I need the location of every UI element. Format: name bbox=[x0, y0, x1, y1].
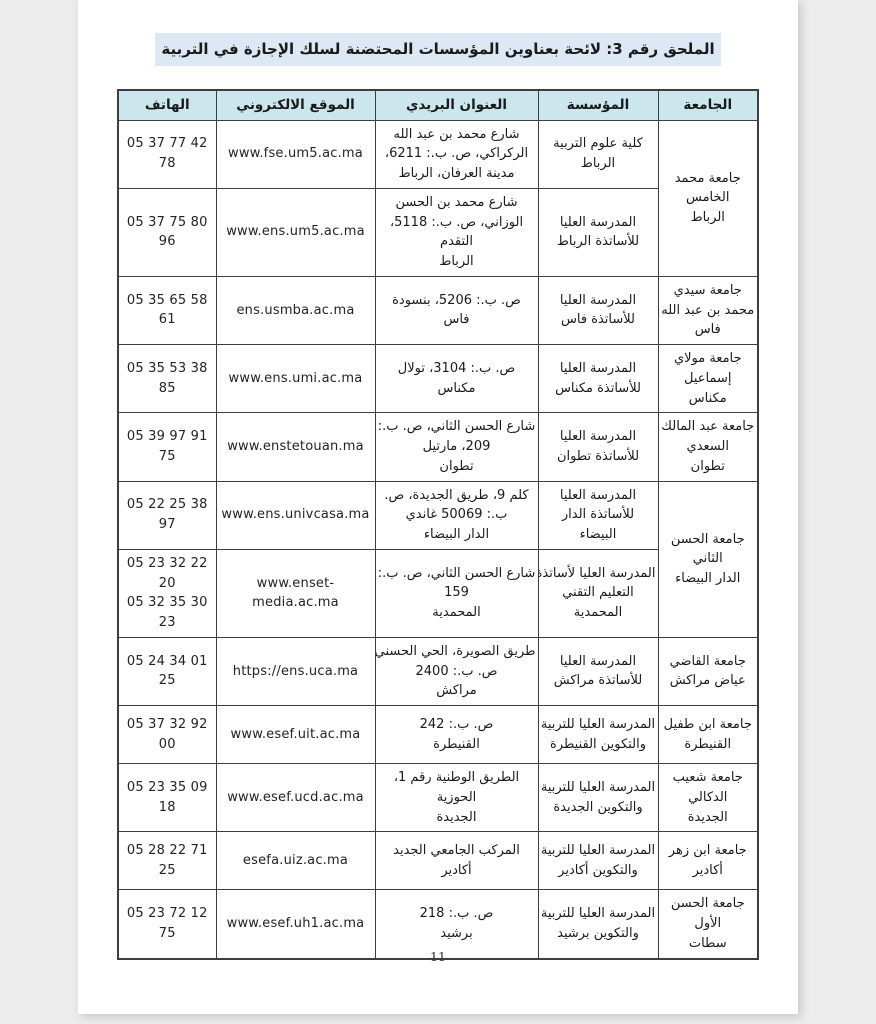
institutions-table-body: جامعة محمدالخامسالرباطكلية علوم التربيةا… bbox=[118, 120, 758, 959]
university-cell-line: جامعة الحسن bbox=[661, 530, 756, 550]
university-cell-line: القنيطرة bbox=[661, 735, 756, 755]
address-cell-line: الجديدة bbox=[378, 808, 536, 828]
column-header-institution: المؤسسة bbox=[538, 90, 658, 120]
address-cell-line: المحمدية bbox=[378, 603, 536, 623]
university-cell-line: الرباط bbox=[661, 208, 756, 228]
institution-cell-line: المدرسة العليا للتربية bbox=[541, 715, 656, 735]
institution-cell-line: المدرسة العليا للتربية bbox=[541, 841, 656, 861]
university-cell-line: فاس bbox=[661, 320, 756, 340]
address-cell-line: مكناس bbox=[378, 379, 536, 399]
institution-cell: المدرسة العلياللأساتذة الدارالبيضاء bbox=[538, 481, 658, 549]
university-cell-line: إسماعيل bbox=[661, 369, 756, 389]
table-row: جامعة عبد المالكالسعديتطوانالمدرسة العلي… bbox=[118, 413, 758, 481]
institution-cell-line: للأساتذة تطوان bbox=[541, 447, 656, 467]
institution-cell: المدرسة العليا لأساتذةالتعليم التقنيالمح… bbox=[538, 549, 658, 637]
address-cell-line: القنيطرة bbox=[378, 735, 536, 755]
column-header-website: الموقع الالكتروني bbox=[216, 90, 375, 120]
address-cell: المركب الجامعي الجديدأكادير bbox=[375, 832, 538, 890]
phone-cell: 05 37 77 42 78 bbox=[118, 120, 216, 188]
phone-cell: 05 37 75 80 96 bbox=[118, 188, 216, 276]
website-cell: www.fse.um5.ac.ma bbox=[216, 120, 375, 188]
institution-cell-line: المدرسة العليا bbox=[541, 486, 656, 506]
institution-cell-line: للأساتذة مكناس bbox=[541, 379, 656, 399]
website-cell: www.esef.uit.ac.ma bbox=[216, 706, 375, 764]
institution-cell-line: للأساتذة مراكش bbox=[541, 671, 656, 691]
institution-cell-line: البيضاء bbox=[541, 525, 656, 545]
website-cell-line: https://ens.uca.ma bbox=[219, 662, 373, 682]
address-cell-line: ص. ب.: 218 bbox=[378, 904, 536, 924]
phone-cell-line: 05 23 72 12 75 bbox=[121, 904, 214, 944]
address-cell-line: شارع محمد بن الحسن bbox=[378, 193, 536, 213]
institution-cell-line: والتكوين أكادير bbox=[541, 861, 656, 881]
phone-cell: 05 22 25 38 97 bbox=[118, 481, 216, 549]
university-cell-line: السعدي bbox=[661, 437, 756, 457]
address-cell: شارع الحسن الثاني، ص. ب.:159المحمدية bbox=[375, 549, 538, 637]
phone-cell-line: 05 28 22 71 25 bbox=[121, 841, 214, 881]
address-cell: ص. ب.: 5206، بنسودةفاس bbox=[375, 276, 538, 344]
university-cell: جامعة مولايإسماعيلمكناس bbox=[658, 345, 758, 413]
phone-cell: 05 35 65 58 61 bbox=[118, 276, 216, 344]
institution-cell-line: المحمدية bbox=[541, 603, 656, 623]
website-cell-line: www.ens.umi.ac.ma bbox=[219, 369, 373, 389]
university-cell-line: أكادير bbox=[661, 861, 756, 881]
institution-cell-line: والتكوين برشيد bbox=[541, 924, 656, 944]
address-cell: ص. ب.: 242القنيطرة bbox=[375, 706, 538, 764]
phone-cell: 05 23 32 22 2005 32 35 30 23 bbox=[118, 549, 216, 637]
address-cell-line: المركب الجامعي الجديد bbox=[378, 841, 536, 861]
website-cell-line: ens.usmba.ac.ma bbox=[219, 301, 373, 321]
table-header-row: الجامعة المؤسسة العنوان البريدي الموقع ا… bbox=[118, 90, 758, 120]
website-cell-line: www.esef.uit.ac.ma bbox=[219, 725, 373, 745]
institution-cell: المدرسة العلياللأساتذة مراكش bbox=[538, 637, 658, 705]
website-cell-line: www.ens.univcasa.ma bbox=[219, 505, 373, 525]
institution-cell: المدرسة العليا للتربيةوالتكوين القنيطرة bbox=[538, 706, 658, 764]
institution-cell-line: المدرسة العليا bbox=[541, 427, 656, 447]
institution-cell-line: المدرسة العليا bbox=[541, 213, 656, 233]
address-cell-line: شارع الحسن الثاني، ص. ب.: bbox=[378, 564, 536, 584]
institution-cell-line: الرباط bbox=[541, 154, 656, 174]
address-cell-line: الحوزية bbox=[378, 788, 536, 808]
table-row: جامعة مولايإسماعيلمكناسالمدرسة العلياللأ… bbox=[118, 345, 758, 413]
address-cell-line: ص. ب.: 2400 bbox=[378, 662, 536, 682]
institution-cell: المدرسة العليا للتربيةوالتكوين أكادير bbox=[538, 832, 658, 890]
phone-cell-line: 05 35 65 58 61 bbox=[121, 291, 214, 331]
institution-cell: المدرسة العلياللأساتذة مكناس bbox=[538, 345, 658, 413]
university-cell-line: عياض مراكش bbox=[661, 671, 756, 691]
phone-cell: 05 28 22 71 25 bbox=[118, 832, 216, 890]
table-row: جامعة القاضيعياض مراكشالمدرسة العلياللأس… bbox=[118, 637, 758, 705]
institution-cell-line: التعليم التقني bbox=[541, 583, 656, 603]
institutions-table: الجامعة المؤسسة العنوان البريدي الموقع ا… bbox=[117, 89, 759, 960]
address-cell-line: ص. ب.: 5206، بنسودة bbox=[378, 291, 536, 311]
address-cell-line: 159 bbox=[378, 583, 536, 603]
table-row: جامعة شعيبالدكاليالجديدةالمدرسة العليا ل… bbox=[118, 764, 758, 832]
website-cell: www.esef.ucd.ac.ma bbox=[216, 764, 375, 832]
website-cell-line: www.esef.uh1.ac.ma bbox=[219, 914, 373, 934]
institution-cell-line: للأساتذة الدار bbox=[541, 505, 656, 525]
university-cell-line: تطوان bbox=[661, 457, 756, 477]
university-cell-line: جامعة شعيب bbox=[661, 768, 756, 788]
institution-cell-line: المدرسة العليا للتربية bbox=[541, 778, 656, 798]
address-cell: ص. ب.: 3104، تولالمكناس bbox=[375, 345, 538, 413]
institution-cell-line: والتكوين القنيطرة bbox=[541, 735, 656, 755]
university-cell: جامعة شعيبالدكاليالجديدة bbox=[658, 764, 758, 832]
phone-cell-line: 05 39 97 91 75 bbox=[121, 427, 214, 467]
address-cell: الطريق الوطنية رقم 1،الحوزيةالجديدة bbox=[375, 764, 538, 832]
university-cell-line: جامعة ابن طفيل bbox=[661, 715, 756, 735]
institution-cell-line: كلية علوم التربية bbox=[541, 134, 656, 154]
phone-cell: 05 39 97 91 75 bbox=[118, 413, 216, 481]
table-row: جامعة الحسنالثانيالدار البيضاءالمدرسة ال… bbox=[118, 481, 758, 549]
institution-cell-line: المدرسة العليا للتربية bbox=[541, 904, 656, 924]
university-cell-line: جامعة الحسن bbox=[661, 894, 756, 914]
university-cell-line: مكناس bbox=[661, 389, 756, 409]
institution-cell-line: المدرسة العليا bbox=[541, 652, 656, 672]
university-cell-line: جامعة القاضي bbox=[661, 652, 756, 672]
phone-cell-line: 05 37 75 80 96 bbox=[121, 213, 214, 253]
phone-cell: 05 35 53 38 85 bbox=[118, 345, 216, 413]
institution-cell: المدرسة العلياللأساتذة الرباط bbox=[538, 188, 658, 276]
address-cell-line: ص. ب.: 3104، تولال bbox=[378, 359, 536, 379]
address-cell-line: 209، مارتيل bbox=[378, 437, 536, 457]
website-cell: www.enstetouan.ma bbox=[216, 413, 375, 481]
address-cell-line: ب.: 50069 غاندي bbox=[378, 505, 536, 525]
phone-cell-line: 05 23 32 22 20 bbox=[121, 554, 214, 594]
website-cell-line: media.ac.ma bbox=[219, 593, 373, 613]
phone-cell-line: 05 32 35 30 23 bbox=[121, 593, 214, 633]
university-cell-line: جامعة مولاي bbox=[661, 349, 756, 369]
institution-cell-line: للأساتذة فاس bbox=[541, 310, 656, 330]
university-cell-line: الأول bbox=[661, 914, 756, 934]
address-cell-line: مراكش bbox=[378, 681, 536, 701]
address-cell-line: مدينة العرفان، الرباط bbox=[378, 164, 536, 184]
address-cell: طريق الصويرة، الحي الحسني،ص. ب.: 2400مرا… bbox=[375, 637, 538, 705]
institution-cell-line: والتكوين الجديدة bbox=[541, 798, 656, 818]
institution-cell-line: المدرسة العليا bbox=[541, 359, 656, 379]
address-cell: شارع محمد بن عبد اللهالركراكي، ص. ب.: 62… bbox=[375, 120, 538, 188]
address-cell-line: الرباط bbox=[378, 252, 536, 272]
institution-cell: المدرسة العلياللأساتذة فاس bbox=[538, 276, 658, 344]
website-cell-line: www.enstetouan.ma bbox=[219, 437, 373, 457]
phone-cell-line: 05 23 35 09 18 bbox=[121, 778, 214, 818]
university-cell: جامعة القاضيعياض مراكش bbox=[658, 637, 758, 705]
column-header-postal-address: العنوان البريدي bbox=[375, 90, 538, 120]
address-cell-line: برشيد bbox=[378, 924, 536, 944]
university-cell: جامعة ابن طفيلالقنيطرة bbox=[658, 706, 758, 764]
page-number: 11 bbox=[78, 949, 798, 964]
phone-cell: 05 23 35 09 18 bbox=[118, 764, 216, 832]
website-cell: www.ens.univcasa.ma bbox=[216, 481, 375, 549]
institution-cell: المدرسة العلياللأساتذة تطوان bbox=[538, 413, 658, 481]
university-cell-line: الثاني bbox=[661, 549, 756, 569]
institution-cell: كلية علوم التربيةالرباط bbox=[538, 120, 658, 188]
website-cell: www.enset-media.ac.ma bbox=[216, 549, 375, 637]
institution-cell-line: للأساتذة الرباط bbox=[541, 232, 656, 252]
address-cell-line: شارع محمد بن عبد الله bbox=[378, 125, 536, 145]
university-cell-line: جامعة سيدي bbox=[661, 281, 756, 301]
website-cell: ens.usmba.ac.ma bbox=[216, 276, 375, 344]
website-cell-line: www.fse.um5.ac.ma bbox=[219, 144, 373, 164]
address-cell-line: فاس bbox=[378, 310, 536, 330]
address-cell-line: تطوان bbox=[378, 457, 536, 477]
address-cell-line: ص. ب.: 242 bbox=[378, 715, 536, 735]
column-header-university: الجامعة bbox=[658, 90, 758, 120]
website-cell-line: www.esef.ucd.ac.ma bbox=[219, 788, 373, 808]
phone-cell-line: 05 22 25 38 97 bbox=[121, 495, 214, 535]
university-cell-line: جامعة عبد المالك bbox=[661, 417, 756, 437]
university-cell-line: جامعة ابن زهر bbox=[661, 841, 756, 861]
phone-cell: 05 24 34 01 25 bbox=[118, 637, 216, 705]
website-cell-line: esefa.uiz.ac.ma bbox=[219, 851, 373, 871]
document-page: الملحق رقم 3: لائحة بعناوين المؤسسات الم… bbox=[78, 0, 798, 1014]
institution-cell-line: المدرسة العليا bbox=[541, 291, 656, 311]
website-cell: www.ens.umi.ac.ma bbox=[216, 345, 375, 413]
university-cell: جامعة الحسنالثانيالدار البيضاء bbox=[658, 481, 758, 637]
university-cell: جامعة سيديمحمد بن عبد اللهفاس bbox=[658, 276, 758, 344]
phone-cell-line: 05 37 32 92 00 bbox=[121, 715, 214, 755]
university-cell: جامعة عبد المالكالسعديتطوان bbox=[658, 413, 758, 481]
address-cell: كلم 9، طريق الجديدة، ص.ب.: 50069 غانديال… bbox=[375, 481, 538, 549]
website-cell: esefa.uiz.ac.ma bbox=[216, 832, 375, 890]
university-cell-line: الدار البيضاء bbox=[661, 569, 756, 589]
phone-cell: 05 37 32 92 00 bbox=[118, 706, 216, 764]
website-cell-line: www.enset- bbox=[219, 574, 373, 594]
address-cell-line: طريق الصويرة، الحي الحسني، bbox=[378, 642, 536, 662]
address-cell-line: كلم 9، طريق الجديدة، ص. bbox=[378, 486, 536, 506]
table-row: جامعة ابن طفيلالقنيطرةالمدرسة العليا للت… bbox=[118, 706, 758, 764]
university-cell-line: الجديدة bbox=[661, 808, 756, 828]
address-cell-line: شارع الحسن الثاني، ص. ب.: bbox=[378, 417, 536, 437]
phone-cell-line: 05 24 34 01 25 bbox=[121, 652, 214, 692]
institution-cell: المدرسة العليا للتربيةوالتكوين الجديدة bbox=[538, 764, 658, 832]
address-cell-line: التقدم bbox=[378, 232, 536, 252]
table-row: جامعة ابن زهرأكاديرالمدرسة العليا للتربي… bbox=[118, 832, 758, 890]
university-cell: جامعة ابن زهرأكادير bbox=[658, 832, 758, 890]
address-cell: شارع محمد بن الحسنالوزاني، ص. ب.: 5118،ا… bbox=[375, 188, 538, 276]
address-cell-line: الوزاني، ص. ب.: 5118، bbox=[378, 213, 536, 233]
website-cell-line: www.ens.um5.ac.ma bbox=[219, 222, 373, 242]
website-cell: https://ens.uca.ma bbox=[216, 637, 375, 705]
table-row: جامعة محمدالخامسالرباطكلية علوم التربيةا… bbox=[118, 120, 758, 188]
column-header-phone: الهاتف bbox=[118, 90, 216, 120]
address-cell-line: الركراكي، ص. ب.: 6211، bbox=[378, 144, 536, 164]
university-cell-line: الدكالي bbox=[661, 788, 756, 808]
address-cell: شارع الحسن الثاني، ص. ب.:209، مارتيلتطوا… bbox=[375, 413, 538, 481]
phone-cell-line: 05 37 77 42 78 bbox=[121, 134, 214, 174]
address-cell-line: الطريق الوطنية رقم 1، bbox=[378, 768, 536, 788]
address-cell-line: الدار البيضاء bbox=[378, 525, 536, 545]
institution-cell-line: المدرسة العليا لأساتذة bbox=[541, 564, 656, 584]
table-row: جامعة سيديمحمد بن عبد اللهفاسالمدرسة الع… bbox=[118, 276, 758, 344]
website-cell: www.ens.um5.ac.ma bbox=[216, 188, 375, 276]
address-cell-line: أكادير bbox=[378, 861, 536, 881]
university-cell-line: جامعة محمد bbox=[661, 169, 756, 189]
university-cell-line: الخامس bbox=[661, 188, 756, 208]
phone-cell-line: 05 35 53 38 85 bbox=[121, 359, 214, 399]
university-cell: جامعة محمدالخامسالرباط bbox=[658, 120, 758, 276]
university-cell-line: محمد بن عبد الله bbox=[661, 301, 756, 321]
annex-title: الملحق رقم 3: لائحة بعناوين المؤسسات الم… bbox=[155, 33, 721, 66]
